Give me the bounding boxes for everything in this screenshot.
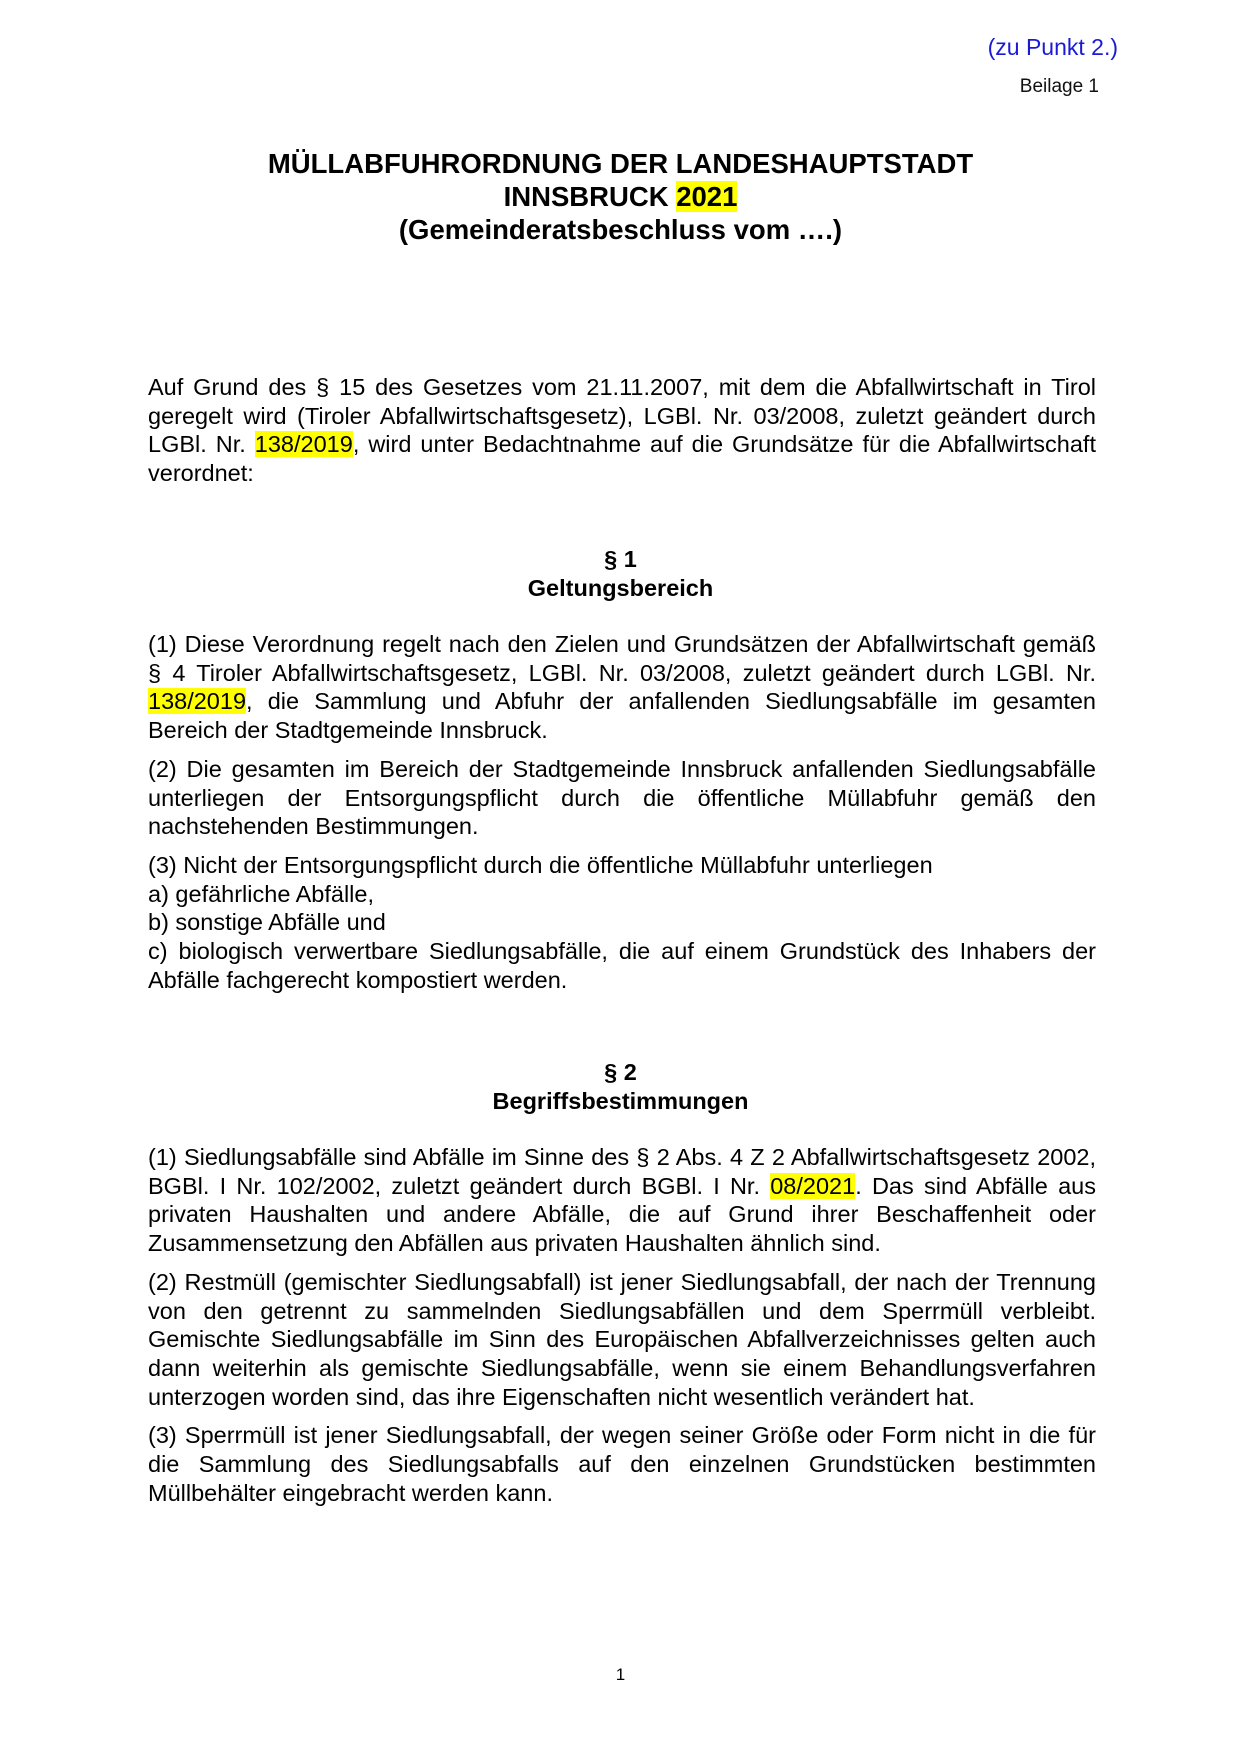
- section-1-heading: § 1 Geltungsbereich: [0, 545, 1241, 603]
- section-2-number: § 2: [0, 1058, 1241, 1087]
- list-item: c) biologisch verwertbare Siedlungsabfäl…: [148, 937, 1096, 994]
- section-1-paragraph-2: (2) Die gesamten im Bereich der Stadtgem…: [148, 755, 1096, 841]
- agenda-item-reference: (zu Punkt 2.): [988, 34, 1118, 61]
- preamble: Auf Grund des § 15 des Gesetzes vom 21.1…: [148, 373, 1096, 498]
- title-line-1: MÜLLABFUHRORDNUNG DER LANDESHAUPTSTADT: [0, 147, 1241, 180]
- section-2-heading: § 2 Begriffsbestimmungen: [0, 1058, 1241, 1116]
- title-line-2: INNSBRUCK 2021: [0, 180, 1241, 213]
- section-2-paragraph-1: (1) Siedlungsabfälle sind Abfälle im Sin…: [148, 1143, 1096, 1258]
- page-number: 1: [0, 1665, 1241, 1685]
- amendment-highlight: 138/2019: [255, 431, 353, 457]
- title-year-highlight: 2021: [676, 181, 737, 212]
- document-title: MÜLLABFUHRORDNUNG DER LANDESHAUPTSTADT I…: [0, 147, 1241, 246]
- section-1-paragraph-3: (3) Nicht der Entsorgungspflicht durch d…: [148, 851, 1096, 995]
- section-2-body: (1) Siedlungsabfälle sind Abfälle im Sin…: [148, 1143, 1096, 1517]
- attachment-label: Beilage 1: [1020, 76, 1099, 98]
- amendment-highlight: 08/2021: [770, 1173, 855, 1199]
- list-item: a) gefährliche Abfälle,: [148, 880, 1096, 909]
- section-2-paragraph-2: (2) Restmüll (gemischter Siedlungsabfall…: [148, 1268, 1096, 1412]
- section-1-title: Geltungsbereich: [0, 574, 1241, 603]
- list-item: b) sonstige Abfälle und: [148, 908, 1096, 937]
- title-line-3: (Gemeinderatsbeschluss vom ….): [0, 213, 1241, 246]
- section-2-title: Begriffsbestimmungen: [0, 1087, 1241, 1116]
- section-1-body: (1) Diese Verordnung regelt nach den Zie…: [148, 630, 1096, 1004]
- paragraph-text: (1) Diese Verordnung regelt nach den Zie…: [148, 631, 1096, 686]
- section-1-paragraph-1: (1) Diese Verordnung regelt nach den Zie…: [148, 630, 1096, 745]
- section-1-number: § 1: [0, 545, 1241, 574]
- paragraph-text-end: , die Sammlung und Abfuhr der anfallende…: [148, 688, 1096, 743]
- section-2-paragraph-3: (3) Sperrmüll ist jener Siedlungsabfall,…: [148, 1421, 1096, 1507]
- paragraph-intro: (3) Nicht der Entsorgungspflicht durch d…: [148, 851, 1096, 880]
- title-city: INNSBRUCK: [504, 181, 677, 212]
- preamble-paragraph: Auf Grund des § 15 des Gesetzes vom 21.1…: [148, 373, 1096, 488]
- amendment-highlight: 138/2019: [148, 688, 246, 714]
